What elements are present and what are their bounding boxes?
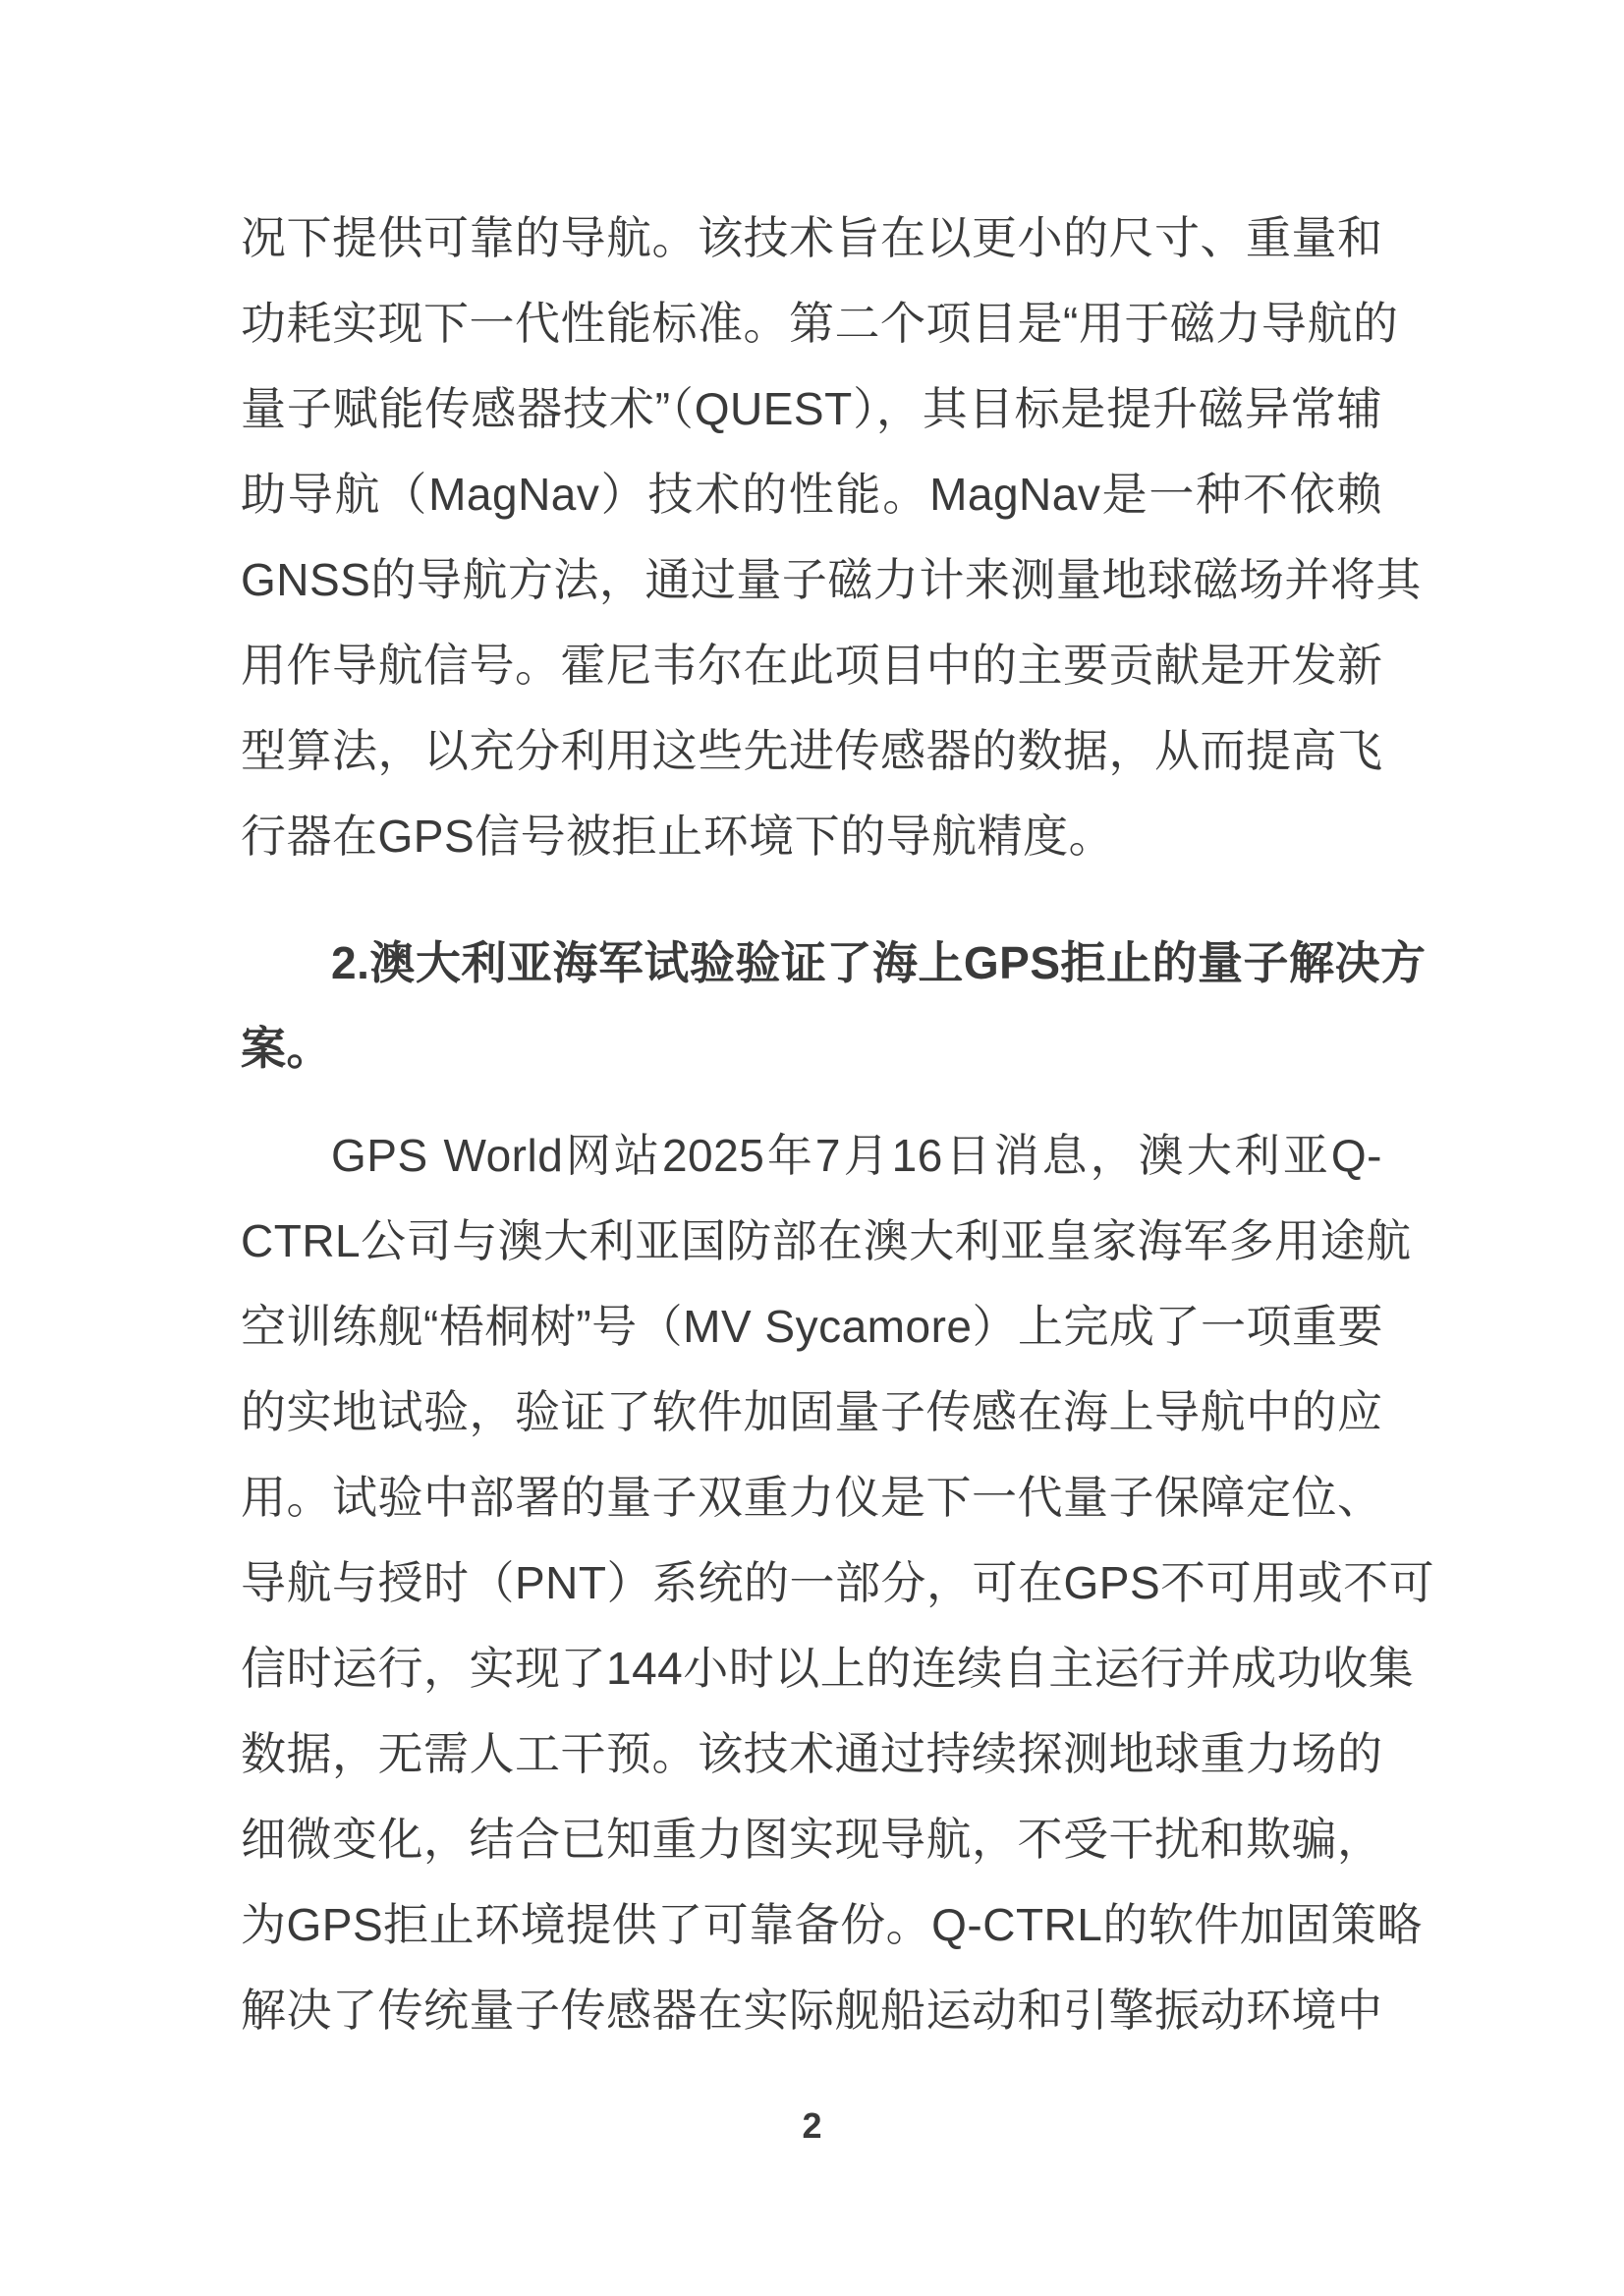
heading-line: 2.澳大利亚海军试验验证了海上GPS拒止的量子解决方 bbox=[241, 921, 1382, 1006]
text-line: 数据，无需人工干预。该技术通过持续探测地球重力场的 bbox=[241, 1711, 1382, 1797]
page-content: 况下提供可靠的导航。该技术旨在以更小的尺寸、重量和 功耗实现下一代性能标准。第二… bbox=[241, 196, 1382, 2053]
text-line: 信时运行，实现了144小时以上的连续自主运行并成功收集 bbox=[241, 1626, 1382, 1711]
text-line: GPS World网站2025年7月16日消息，澳大利亚Q- bbox=[241, 1113, 1382, 1199]
text-line: 用。试验中部署的量子双重力仪是下一代量子保障定位、 bbox=[241, 1455, 1382, 1540]
text-line: 型算法，以充分利用这些先进传感器的数据，从而提高飞 bbox=[241, 708, 1382, 794]
text-line: 解决了传统量子传感器在实际舰船运动和引擎振动环境中 bbox=[241, 1968, 1382, 2053]
text-line: 细微变化，结合已知重力图实现导航，不受干扰和欺骗， bbox=[241, 1797, 1382, 1882]
text-line: GNSS的导航方法，通过量子磁力计来测量地球磁场并将其 bbox=[241, 537, 1382, 623]
text-line: 的实地试验，验证了软件加固量子传感在海上导航中的应 bbox=[241, 1370, 1382, 1455]
text-line: 导航与授时（PNT）系统的一部分，可在GPS不可用或不可 bbox=[241, 1540, 1382, 1626]
text-line: CTRL公司与澳大利亚国防部在澳大利亚皇家海军多用途航 bbox=[241, 1199, 1382, 1284]
text-line: 为GPS拒止环境提供了可靠备份。Q-CTRL的软件加固策略 bbox=[241, 1882, 1382, 1968]
page-number: 2 bbox=[0, 2105, 1624, 2147]
text-line: 用作导航信号。霍尼韦尔在此项目中的主要贡献是开发新 bbox=[241, 623, 1382, 708]
text-line: 行器在GPS信号被拒止环境下的导航精度。 bbox=[241, 794, 1382, 879]
heading-line: 案。 bbox=[241, 1006, 1382, 1092]
section-heading-2: 2.澳大利亚海军试验验证了海上GPS拒止的量子解决方 案。 bbox=[241, 921, 1382, 1092]
text-line: 助导航（MagNav）技术的性能。MagNav是一种不依赖 bbox=[241, 452, 1382, 537]
text-line: 量子赋能传感器技术”（QUEST），其目标是提升磁异常辅 bbox=[241, 366, 1382, 452]
text-line: 功耗实现下一代性能标准。第二个项目是“用于磁力导航的 bbox=[241, 281, 1382, 366]
paragraph-1: 况下提供可靠的导航。该技术旨在以更小的尺寸、重量和 功耗实现下一代性能标准。第二… bbox=[241, 196, 1382, 879]
text-line: 况下提供可靠的导航。该技术旨在以更小的尺寸、重量和 bbox=[241, 196, 1382, 281]
text-line: 空训练舰“梧桐树”号（MV Sycamore）上完成了一项重要 bbox=[241, 1284, 1382, 1370]
document-page: 况下提供可靠的导航。该技术旨在以更小的尺寸、重量和 功耗实现下一代性能标准。第二… bbox=[0, 0, 1624, 2296]
paragraph-2: GPS World网站2025年7月16日消息，澳大利亚Q- CTRL公司与澳大… bbox=[241, 1113, 1382, 2053]
